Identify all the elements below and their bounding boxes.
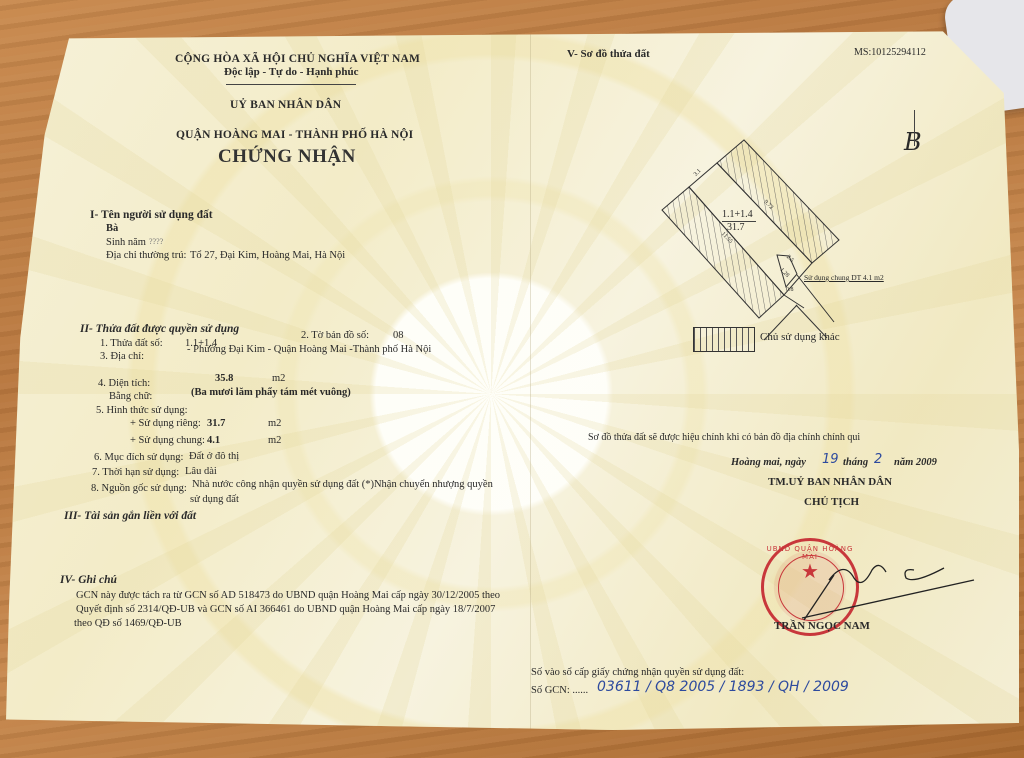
parcel-label: 1. Thửa đất số:	[100, 338, 163, 349]
page-fold	[530, 30, 531, 730]
land-use-certificate: CỘNG HÒA XÃ HỘI CHỦ NGHĨA VIỆT NAM Độc l…	[4, 30, 1019, 730]
serial-number: MS:10125294112	[854, 47, 926, 58]
section-2-heading: II- Thửa đất được quyền sử dụng	[80, 323, 239, 335]
birth-label: Sinh năm	[106, 237, 146, 248]
shared-use-label: + Sử dụng chung:	[130, 435, 205, 446]
diagram-parcel-area: 31.7	[727, 222, 745, 233]
note-line-2: Quyết định số 2314/QĐ-UB và GCN số AI 36…	[76, 604, 495, 615]
gcn-value: 03611 / Q8 2005 / 1893 / QH / 2009	[597, 679, 849, 695]
section-1-heading: I- Tên người sử dụng đất	[90, 209, 213, 221]
shared-use-note: Sử dụng chung DT 4.1 m2	[804, 273, 884, 282]
diagram-parcel-label: 1.1+1.4	[722, 209, 753, 220]
motto: Độc lập - Tự do - Hạnh phúc	[224, 66, 358, 78]
private-use-label: + Sử dụng riêng:	[130, 418, 201, 429]
address-value: Tổ 27, Đại Kim, Hoàng Mai, Hà Nội	[190, 250, 345, 261]
area-words-label: Bằng chữ:	[109, 391, 152, 402]
date-day: 19	[822, 452, 839, 467]
term-label: 7. Thời hạn sử dụng:	[92, 467, 179, 478]
term-value: Lâu dài	[185, 466, 217, 477]
section-5-heading: V- Sơ đồ thửa đất	[567, 48, 650, 60]
map-sheet-label: 2. Tờ bản đồ số:	[301, 330, 369, 341]
area-label: 4. Diện tích:	[98, 378, 150, 389]
committee-heading: UỶ BAN NHÂN DÂN	[230, 99, 341, 111]
area-unit: m2	[272, 373, 285, 384]
on-behalf-of: TM.UỶ BAN NHÂN DÂN	[768, 476, 892, 488]
signer-name: TRẦN NGỌC NAM	[774, 620, 870, 632]
parcel-address-value: - Phường Đại Kim - Quận Hoàng Mai -Thành…	[187, 344, 431, 355]
dim-bottom: 0.8	[786, 287, 794, 293]
north-arrow-line	[914, 110, 915, 146]
certificate-title: CHỨNG NHẬN	[218, 146, 356, 168]
private-use-value: 31.7	[207, 418, 225, 429]
gcn-label: Số GCN: ......	[531, 685, 588, 696]
purpose-value: Đất ở đô thị	[189, 451, 239, 462]
date-month-label: tháng	[843, 457, 868, 468]
shared-use-value: 4.1	[207, 435, 220, 446]
note-line-3: theo QĐ số 1469/QĐ-UB	[74, 618, 182, 629]
date-month: 2	[874, 452, 882, 467]
legend-label: Chủ sử dụng khác	[760, 331, 840, 343]
area-value: 35.8	[215, 373, 233, 384]
parcel-diagram	[654, 130, 884, 360]
address-label: Địa chỉ thường trú:	[106, 250, 186, 261]
map-sheet-value: 08	[393, 330, 404, 341]
parcel-address-label: 3. Địa chỉ:	[100, 351, 144, 362]
section-4-heading: IV- Ghi chú	[60, 574, 117, 586]
private-use-unit: m2	[268, 418, 281, 429]
origin-value-line2: sử dụng đất	[190, 494, 239, 505]
district-heading: QUẬN HOÀNG MAI - THÀNH PHỐ HÀ NỘI	[176, 129, 413, 141]
shared-use-unit: m2	[268, 435, 281, 446]
signature-scribble	[794, 520, 984, 630]
position-title: CHỦ TỊCH	[804, 496, 859, 508]
registry-label: Số vào sổ cấp giấy chứng nhận quyền sử d…	[531, 667, 744, 678]
motto-underline	[226, 84, 356, 85]
date-year: năm 2009	[894, 457, 937, 468]
honorific: Bà	[106, 223, 118, 234]
legend-swatch	[693, 327, 755, 352]
purpose-label: 6. Mục đích sử dụng:	[94, 452, 183, 463]
revision-note: Sơ đồ thửa đất sẽ được hiệu chính khi có…	[588, 432, 860, 443]
area-words-value: (Ba mươi lăm phẩy tám mét vuông)	[191, 387, 351, 398]
usage-form-label: 5. Hình thức sử dụng:	[96, 405, 188, 416]
north-symbol: B	[904, 128, 922, 156]
birth-value: ????	[149, 237, 163, 246]
section-3-heading: III- Tài sản gắn liền với đất	[64, 510, 196, 522]
origin-value-line1: Nhà nước công nhận quyền sử dụng đất (*)…	[192, 479, 493, 490]
nation-heading: CỘNG HÒA XÃ HỘI CHỦ NGHĨA VIỆT NAM	[175, 53, 420, 65]
origin-label: 8. Nguồn gốc sử dụng:	[91, 483, 187, 494]
note-line-1: GCN này được tách ra từ GCN số AD 518473…	[76, 590, 500, 601]
date-prefix: Hoàng mai, ngày	[731, 457, 806, 468]
